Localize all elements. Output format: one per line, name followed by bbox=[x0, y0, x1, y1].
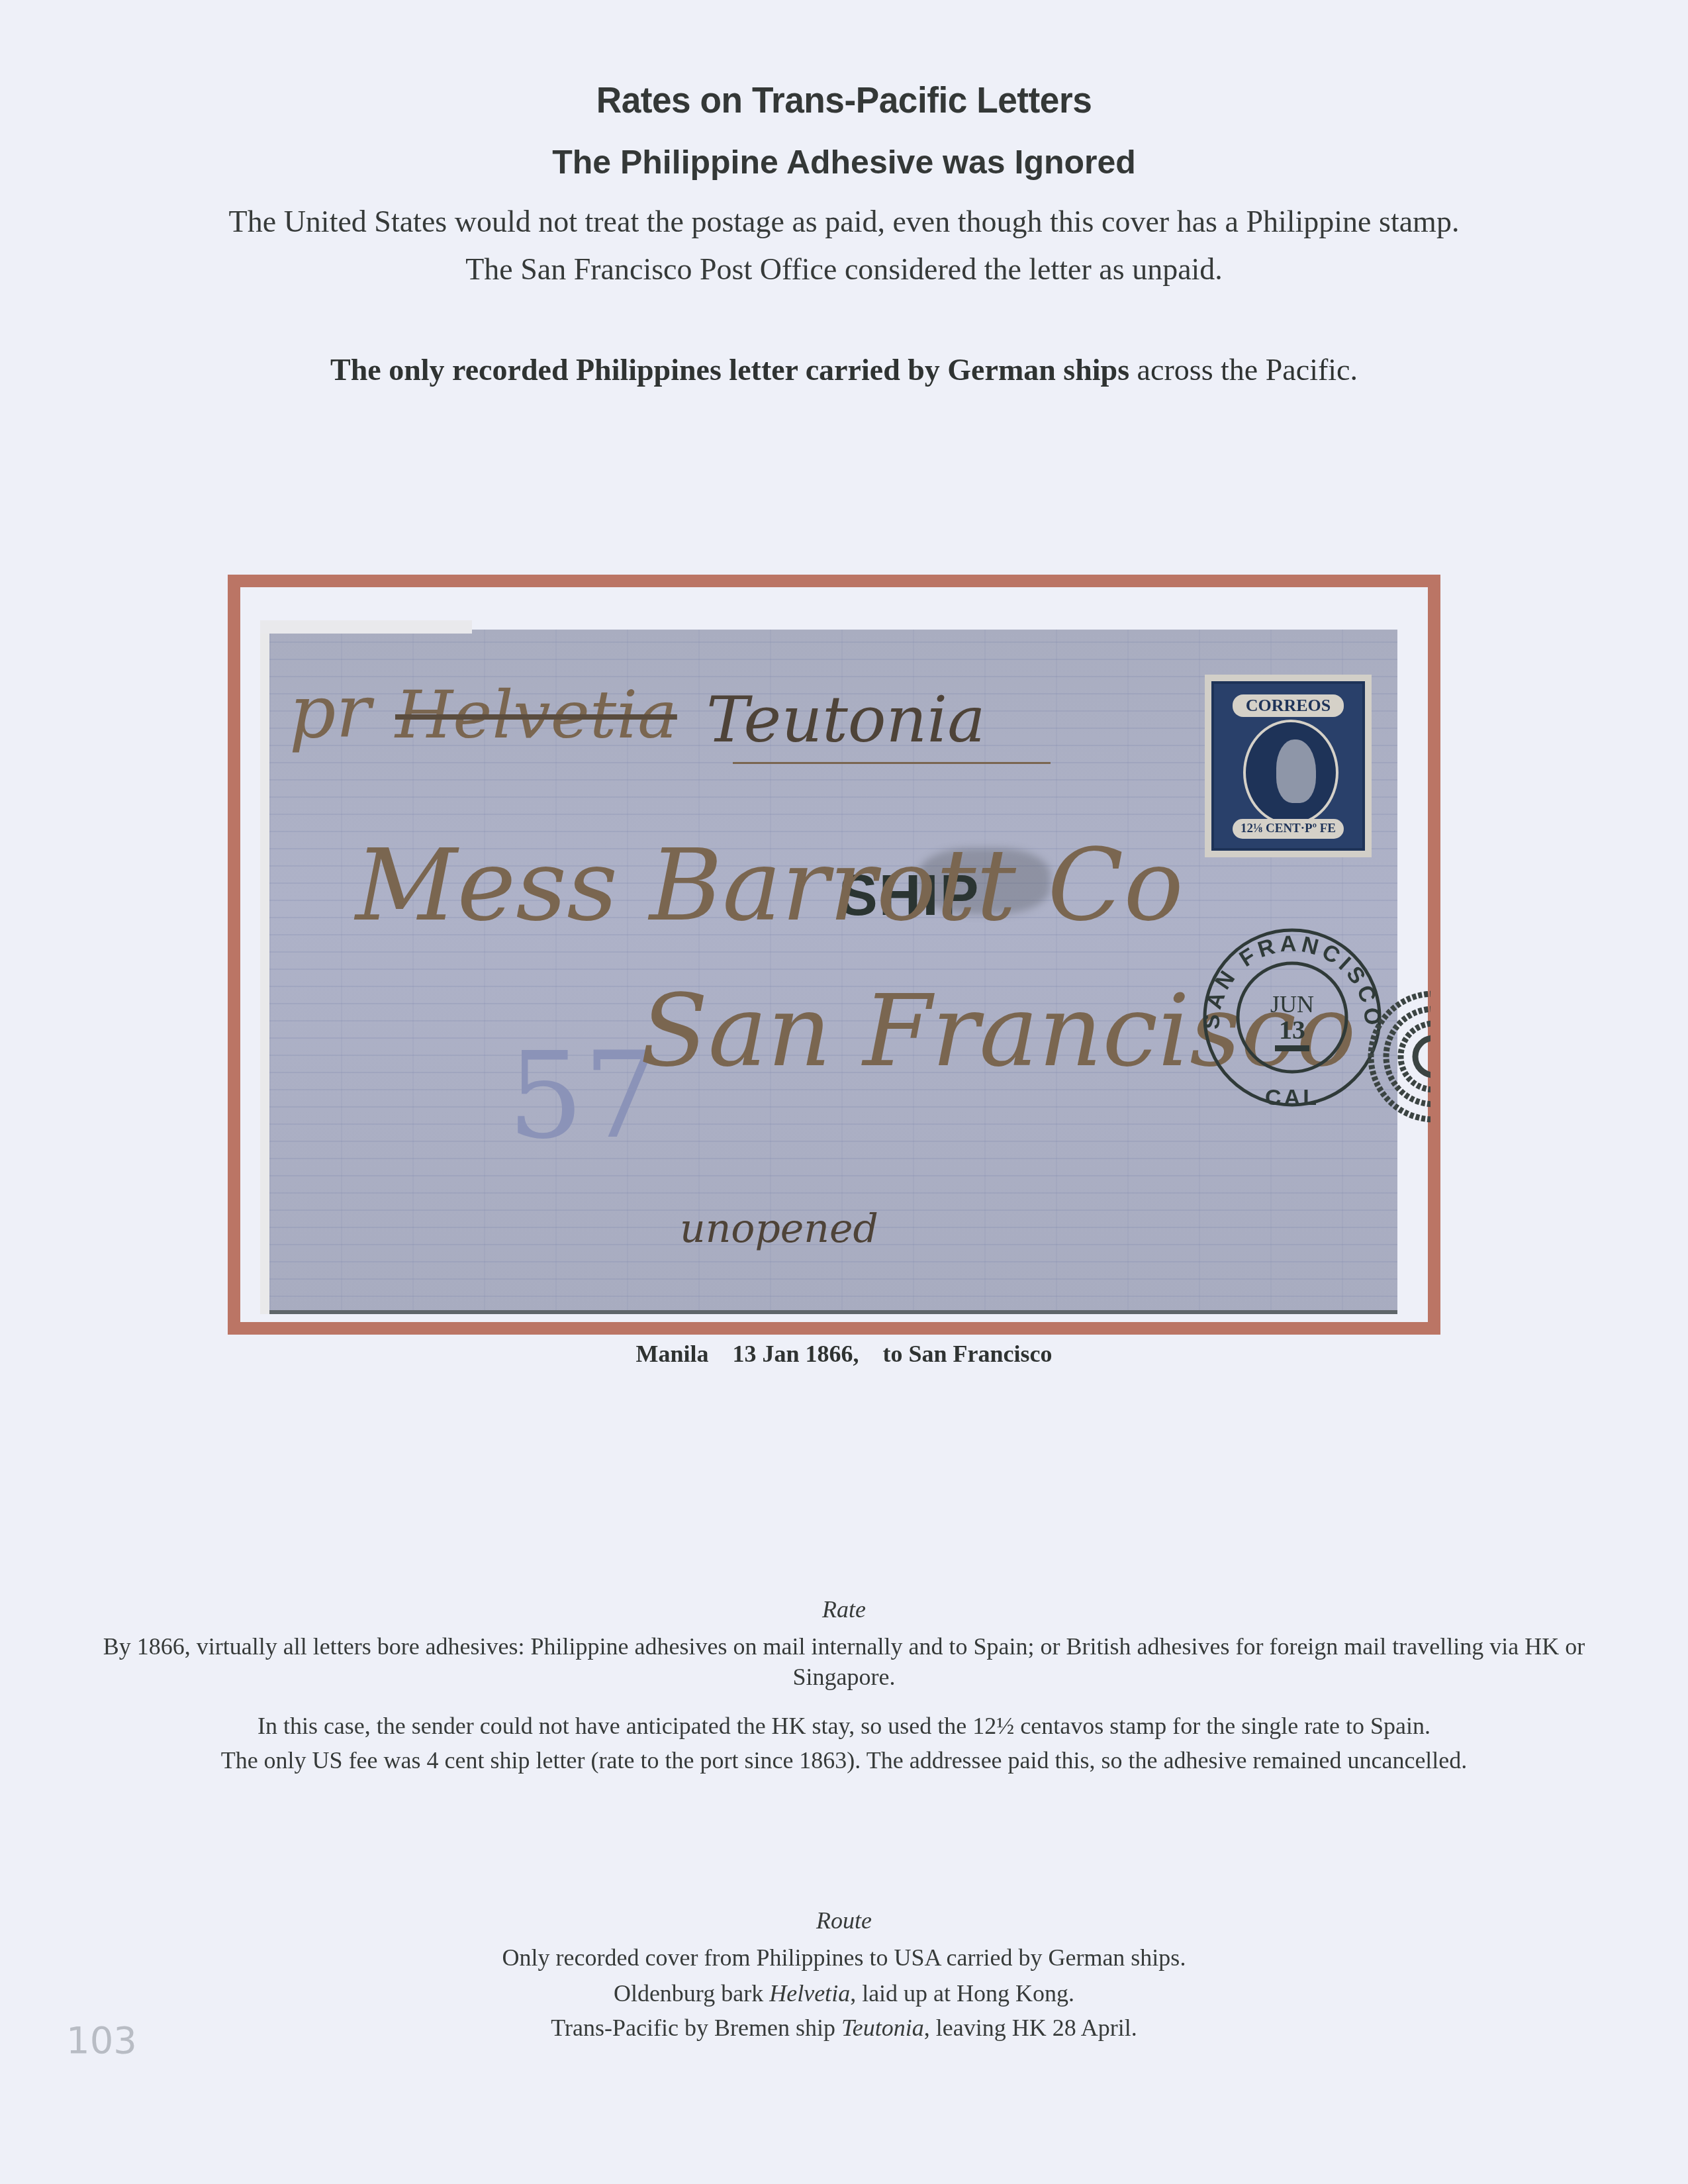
route-ship-teutonia: Teutonia bbox=[841, 2015, 924, 2041]
page-title: Rates on Trans-Pacific Letters bbox=[42, 78, 1646, 121]
route-line-3-post: , leaving HK 28 April. bbox=[924, 2015, 1137, 2041]
postmark-state: CAL bbox=[1265, 1085, 1319, 1110]
route-ship-helvetia: Helvetia bbox=[769, 1980, 850, 2007]
caption-destination: to San Francisco bbox=[883, 1341, 1053, 1367]
route-line-2-pre: Oldenburg bark bbox=[614, 1980, 769, 2007]
stamp-top-label: CORREOS bbox=[1233, 694, 1344, 717]
philippine-stamp: CORREOS 12⅛ CENT·Pº FE bbox=[1205, 675, 1372, 857]
cover-caption: Manila13 Jan 1866,to San Francisco bbox=[0, 1340, 1688, 1368]
rate-paragraph-2: In this case, the sender could not have … bbox=[0, 1711, 1688, 1741]
stamp-value-label: 12⅛ CENT·Pº FE bbox=[1233, 819, 1344, 839]
route-heading: Route bbox=[0, 1907, 1688, 1934]
route-line-1: Only recorded cover from Philippines to … bbox=[0, 1942, 1688, 1973]
cover-flap bbox=[260, 620, 472, 634]
rate-heading: Rate bbox=[0, 1595, 1688, 1623]
route-line-2-post: , laid up at Hong Kong. bbox=[850, 1980, 1074, 2007]
manuscript-per: pr bbox=[289, 669, 371, 754]
caption-origin: Manila bbox=[635, 1341, 708, 1367]
intro-line-1: The United States would not treat the po… bbox=[0, 204, 1688, 239]
rate-paragraph-3: The only US fee was 4 cent ship letter (… bbox=[0, 1745, 1688, 1776]
cover-frame: pr Helvetia Teutonia SHIP Mess Barrott C… bbox=[228, 575, 1440, 1335]
intro-line-2: The San Francisco Post Office considered… bbox=[0, 252, 1688, 287]
queen-head-icon bbox=[1276, 739, 1316, 803]
manuscript-bottom-note: unopened bbox=[680, 1206, 878, 1252]
caption-date: 13 Jan 1866, bbox=[732, 1341, 859, 1367]
rate-paragraph-1: By 1866, virtually all letters bore adhe… bbox=[93, 1631, 1595, 1692]
pencil-rate-mark: 57 bbox=[508, 1027, 659, 1165]
stamp-design: CORREOS 12⅛ CENT·Pº FE bbox=[1211, 681, 1365, 851]
manuscript-ship: Teutonia bbox=[706, 683, 985, 757]
target-cancel-mark bbox=[1364, 987, 1430, 1126]
exhibit-page: Rates on Trans-Pacific Letters The Phili… bbox=[0, 0, 1688, 2184]
highlight-statement: The only recorded Philippines letter car… bbox=[0, 352, 1688, 387]
manuscript-underline bbox=[733, 762, 1051, 764]
cover-image: pr Helvetia Teutonia SHIP Mess Barrott C… bbox=[269, 630, 1397, 1314]
queen-portrait-icon bbox=[1243, 720, 1338, 826]
manuscript-addressee: Mess Barrott Co bbox=[355, 828, 1184, 943]
postmark-day: 13 bbox=[1279, 1015, 1305, 1045]
route-line-3-pre: Trans-Pacific by Bremen ship bbox=[551, 2015, 841, 2041]
page-subtitle: The Philippine Adhesive was Ignored bbox=[0, 143, 1688, 181]
highlight-rest: across the Pacific. bbox=[1129, 353, 1358, 387]
route-line-2: Oldenburg bark Helvetia, laid up at Hong… bbox=[0, 1978, 1688, 2009]
route-line-3: Trans-Pacific by Bremen ship Teutonia, l… bbox=[0, 2013, 1688, 2043]
postmark-month: JUN bbox=[1270, 991, 1314, 1018]
highlight-bold: The only recorded Philippines letter car… bbox=[330, 353, 1129, 387]
san-francisco-postmark: SAN FRANCISCO CAL JUN 13 bbox=[1193, 918, 1391, 1117]
pencil-page-number: 103 bbox=[66, 2019, 137, 2062]
manuscript-struck-ship: Helvetia bbox=[395, 676, 677, 753]
